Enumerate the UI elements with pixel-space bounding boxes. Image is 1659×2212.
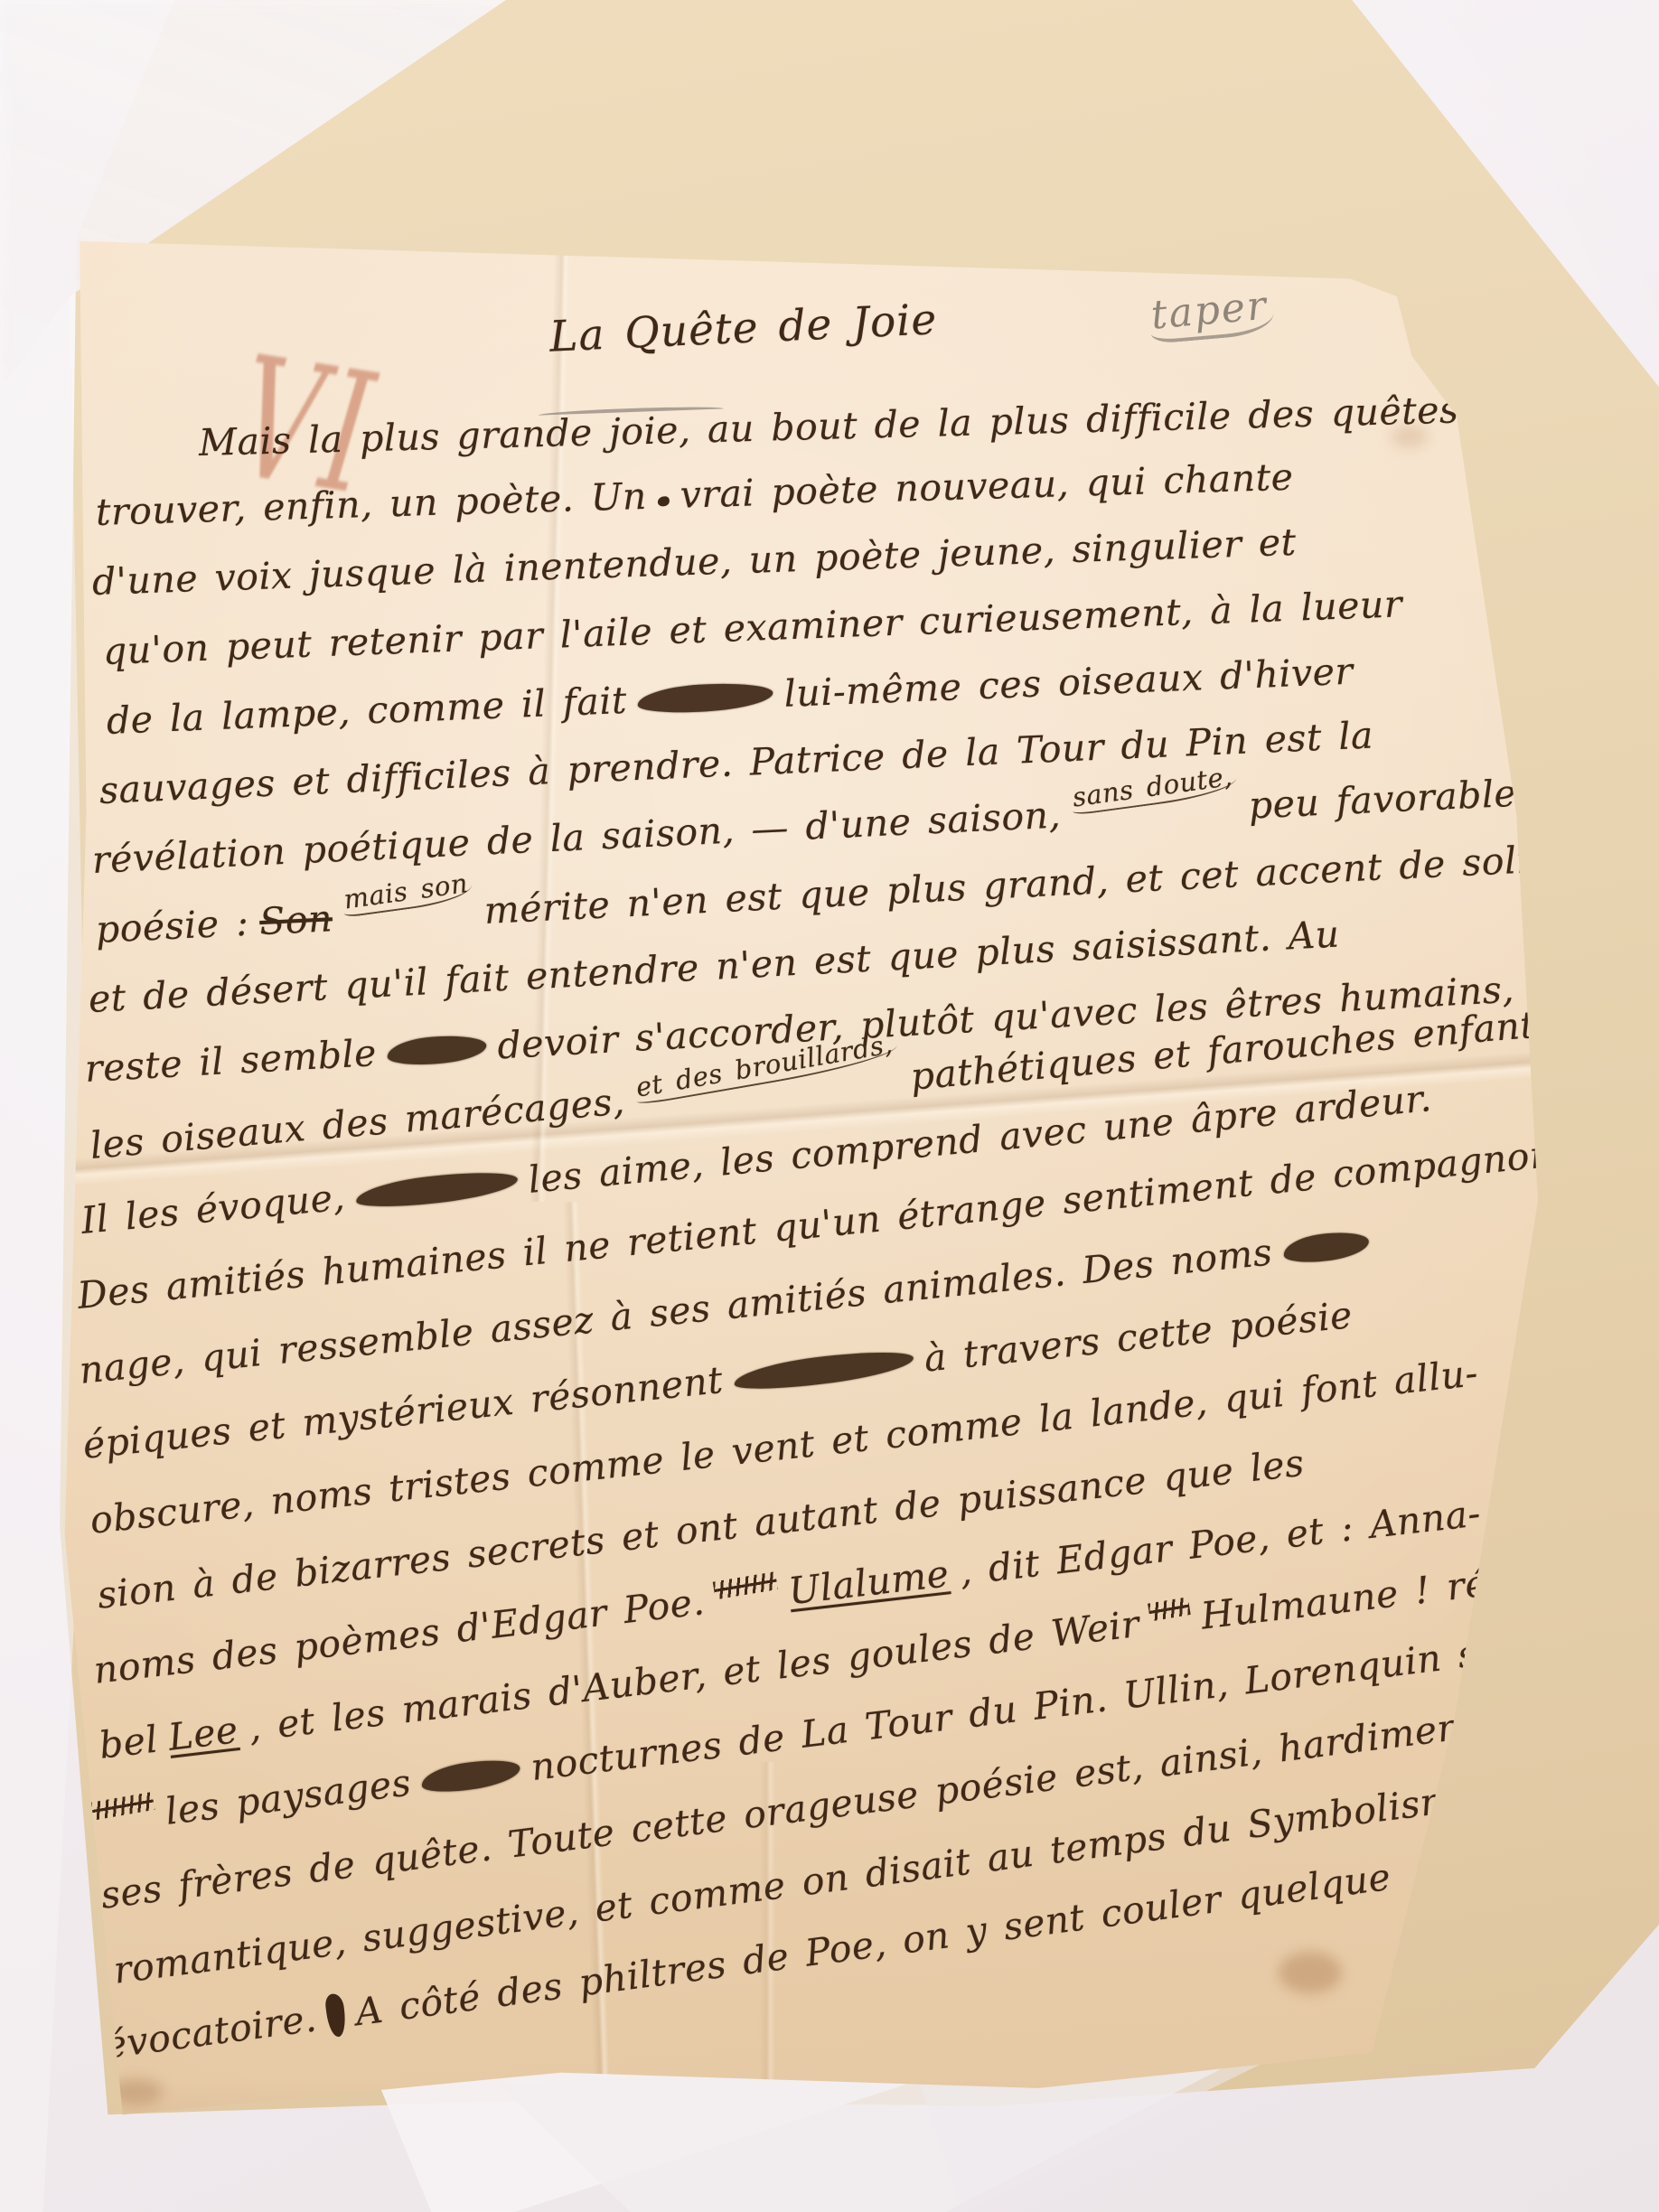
handwriting-text: bel [97,1718,160,1767]
handwriting-scribble [732,1345,914,1394]
handwriting-hatch [89,1792,155,1821]
handwriting-scribble [420,1756,522,1796]
manuscript-title: La Quête de Joie [548,295,938,361]
pencil-annotation: taper [1148,282,1276,344]
manuscript-lines: Mais la plus grande joie, au bout de la … [90,408,1554,2081]
handwriting-text: Il les évoque, [80,1176,347,1242]
handwriting-scribble [637,680,774,716]
handwriting-text: trouver, enfin, un poète. Un [95,474,647,534]
handwriting-text: reste il semble [84,1031,378,1091]
handwriting-struck: Son [258,896,333,943]
handwriting-text: les paysages [163,1760,413,1832]
handwriting-text: de la lampe, comme il fait [106,679,628,743]
handwriting-blot [658,496,670,506]
handwriting-scribble [387,1033,488,1067]
handwriting-underline: Lee [166,1708,240,1759]
handwriting-hatch [713,1571,778,1599]
handwriting-scribble [1281,1229,1370,1266]
photo-background: VI La Quête de Joie taper 5 Mais la plus… [0,0,1659,2212]
handwriting-scribble [354,1167,519,1212]
handwriting-underline: Ulalume [786,1551,951,1613]
handwriting-text: évocatoire. [102,1996,319,2067]
handwriting-text: vrai poète nouveau, qui chante [680,455,1294,517]
handwriting-hatch [1148,1597,1191,1621]
handwriting-blot [324,1992,348,2038]
handwriting-text: poésie : [95,901,250,951]
